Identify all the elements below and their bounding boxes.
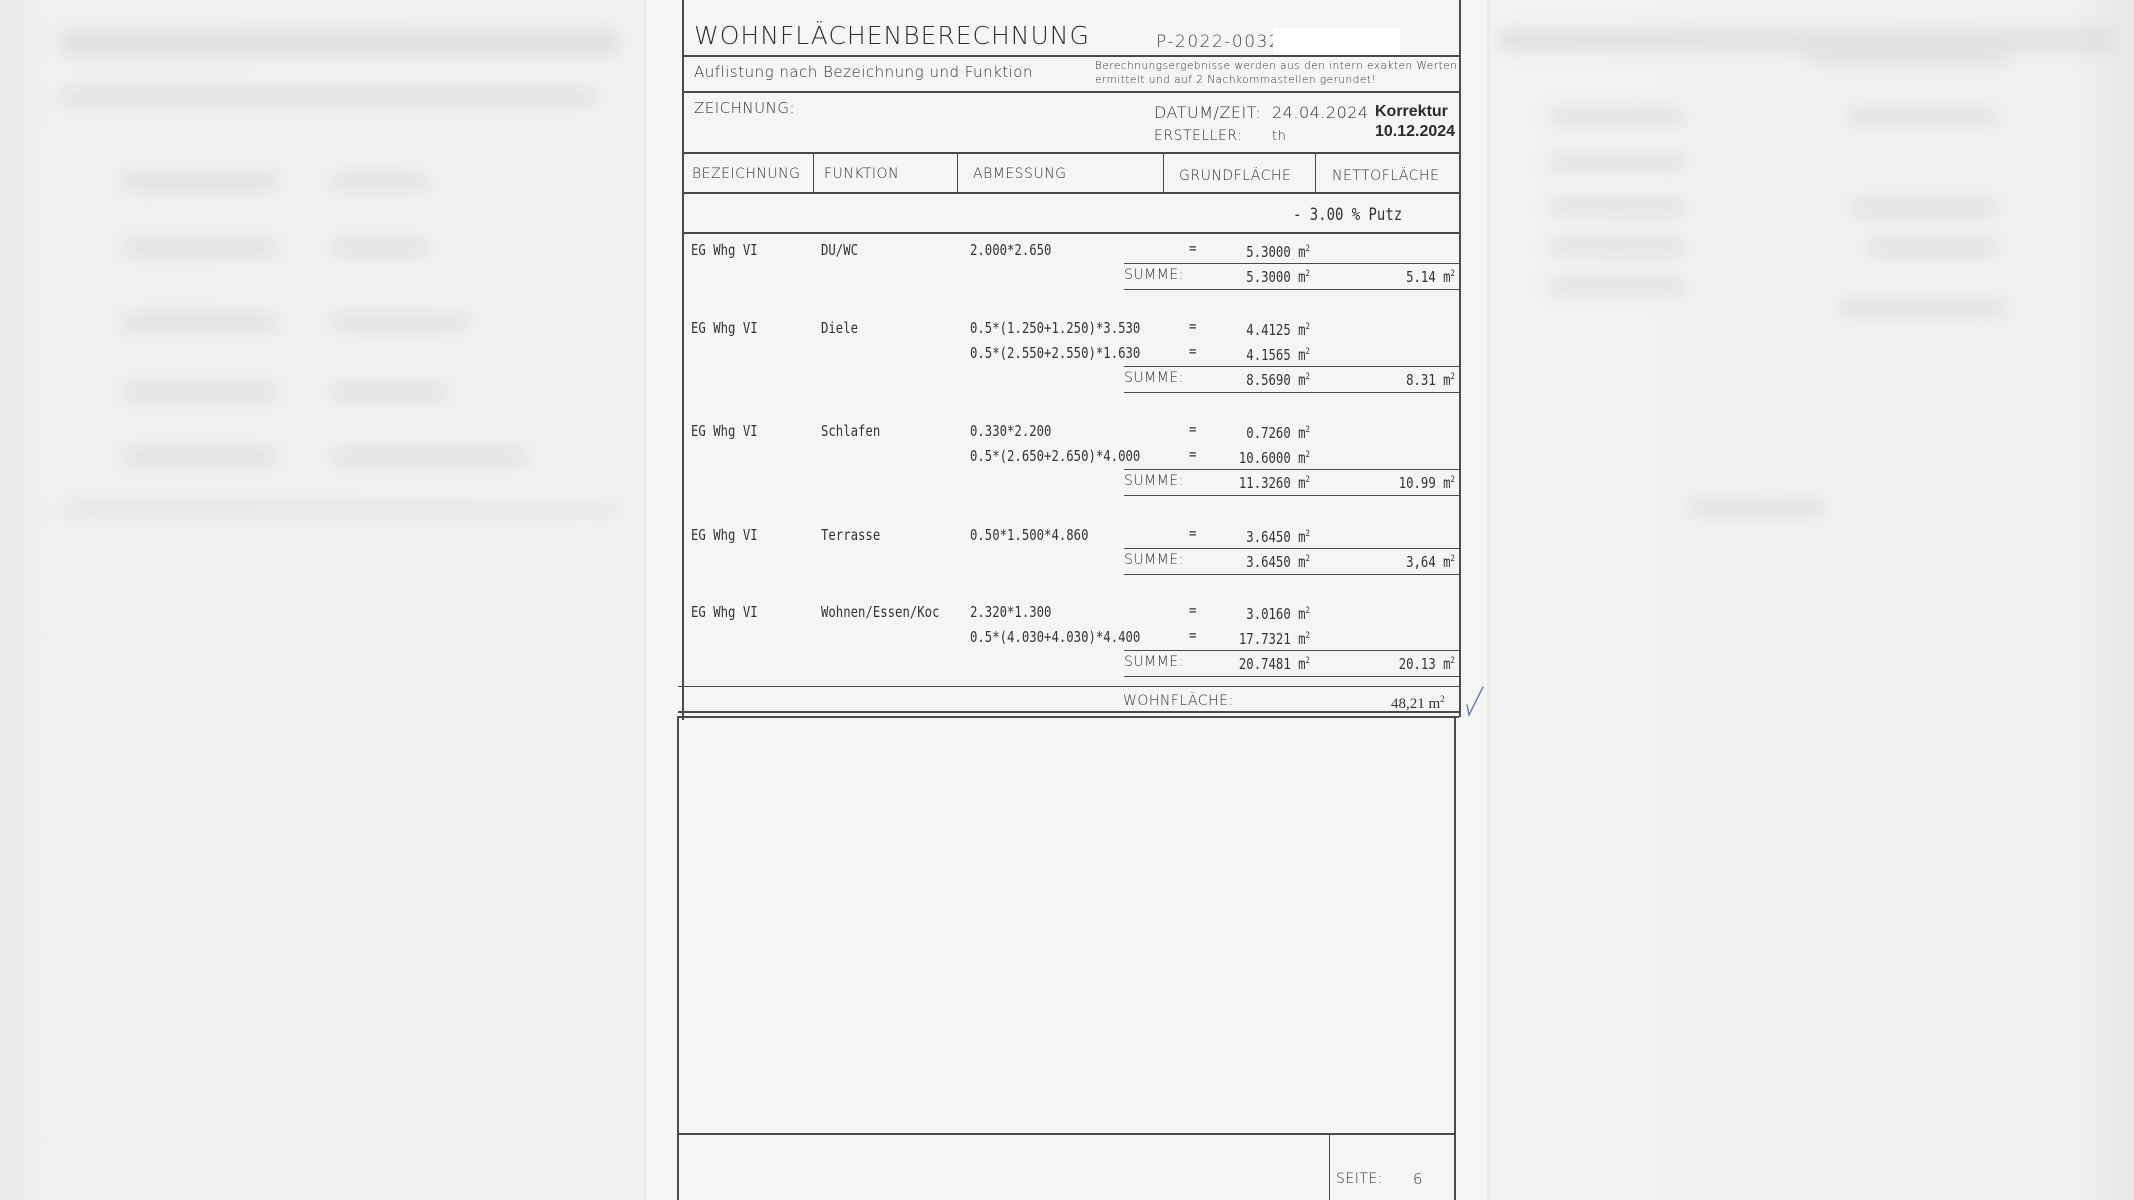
rule-total-top: [678, 686, 1459, 687]
row-summe: 8.5690 m2: [1220, 373, 1310, 388]
row-summe: 5.3000 m2: [1220, 270, 1310, 285]
row-funktion: DU/WC: [821, 243, 858, 258]
row-bezeichnung: EG Whg VI: [691, 321, 758, 336]
check-mark-icon: [1463, 685, 1485, 717]
summe-value: 11.3260: [1239, 474, 1291, 492]
col-divider-2: [957, 152, 958, 192]
row-grundflaeche-line: 3.6450 m2: [1220, 530, 1310, 545]
equals-sign: =: [1189, 344, 1196, 359]
summe-label: SUMME:: [1124, 553, 1184, 567]
equals-sign: =: [1189, 447, 1196, 462]
subtotal-rule-top: [1124, 548, 1460, 549]
rule-total-double-1: [678, 711, 1459, 713]
row-grundflaeche-line: 4.4125 m2: [1220, 323, 1310, 338]
netto-value: 5.14: [1406, 268, 1436, 286]
row-funktion: Diele: [821, 321, 858, 336]
row-netto: 20.13 m2: [1361, 657, 1455, 672]
row-abmessung: 0.5*(2.550+2.550)*1.630: [970, 346, 1140, 361]
row-grundflaeche-line: 3.0160 m2: [1220, 607, 1310, 622]
row-abmessung: 0.330*2.200: [970, 424, 1051, 439]
subtotal-rule-bottom: [1124, 676, 1460, 677]
flaeche-value: 3.6450: [1246, 528, 1290, 546]
rule-header: [682, 192, 1461, 194]
row-abmessung: 2.320*1.300: [970, 605, 1051, 620]
equals-sign: =: [1189, 241, 1196, 256]
row-abmessung: 2.000*2.650: [970, 243, 1051, 258]
total-label: WOHNFLÄCHE:: [1123, 694, 1234, 708]
border-left: [682, 0, 684, 720]
row-summe: 3.6450 m2: [1220, 555, 1310, 570]
summe-value: 8.5690: [1246, 371, 1290, 389]
header-abmessung: ABMESSUNG: [973, 167, 1067, 181]
page-label: SEITE:: [1336, 1172, 1383, 1186]
equals-sign: =: [1189, 603, 1196, 618]
subtotal-rule-bottom: [1124, 495, 1460, 496]
flaeche-value: 3.0160: [1246, 605, 1290, 623]
correction-label: Korrektur: [1375, 104, 1448, 120]
header-nettoflaeche: NETTOFLÄCHE: [1332, 169, 1439, 183]
total-number: 48,21: [1391, 696, 1425, 712]
subtotal-rule-top: [1124, 650, 1460, 651]
row-bezeichnung: EG Whg VI: [691, 528, 758, 543]
netto-value: 10.99: [1399, 474, 1436, 492]
rounding-note: Berechnungsergebnisse werden aus den int…: [1095, 59, 1465, 87]
background-blur-right: [1487, 0, 2134, 1200]
row-netto: 10.99 m2: [1361, 476, 1455, 491]
netto-value: 3,64: [1406, 553, 1436, 571]
footer-divider: [1329, 1134, 1330, 1200]
row-abmessung: 0.5*(1.250+1.250)*3.530: [970, 321, 1140, 336]
date-label: DATUM/ZEIT:: [1154, 105, 1261, 121]
equals-sign: =: [1189, 319, 1196, 334]
summe-label: SUMME:: [1124, 268, 1184, 282]
flaeche-value: 0.7260: [1246, 424, 1290, 442]
row-grundflaeche-line: 0.7260 m2: [1220, 426, 1310, 441]
header-grundflaeche: GRUNDFLÄCHE: [1179, 169, 1291, 183]
col-divider-4: [1315, 152, 1316, 192]
equals-sign: =: [1189, 422, 1196, 437]
border-left-lower: [677, 716, 679, 1200]
drawing-label: ZEICHNUNG:: [694, 101, 795, 116]
row-abmessung: 0.5*(2.650+2.650)*4.000: [970, 449, 1140, 464]
row-grundflaeche-line: 5.3000 m2: [1220, 245, 1310, 260]
row-netto: 5.14 m2: [1361, 270, 1455, 285]
row-abmessung: 0.50*1.500*4.860: [970, 528, 1088, 543]
subtotal-rule-top: [1124, 469, 1460, 470]
plaster-deduction: - 3.00 % Putz: [1293, 207, 1402, 224]
flaeche-value: 17.7321: [1239, 630, 1291, 648]
summe-value: 20.7481: [1239, 655, 1291, 673]
border-right: [1459, 0, 1461, 717]
subtotal-rule-bottom: [1124, 574, 1460, 575]
row-bezeichnung: EG Whg VI: [691, 243, 758, 258]
summe-value: 5.3000: [1246, 268, 1290, 286]
col-divider-1: [813, 152, 814, 192]
col-divider-3: [1163, 152, 1164, 192]
netto-value: 8.31: [1406, 371, 1436, 389]
row-funktion: Schlafen: [821, 424, 880, 439]
rule-total-double-2: [678, 716, 1459, 718]
row-funktion: Terrasse: [821, 528, 880, 543]
rule-putz: [682, 232, 1461, 234]
row-grundflaeche-line: 4.1565 m2: [1220, 348, 1310, 363]
subtotal-rule-bottom: [1124, 392, 1460, 393]
flaeche-value: 10.6000: [1239, 449, 1291, 467]
row-funktion: Wohnen/Essen/Koc: [821, 605, 939, 620]
page-number: 6: [1413, 1172, 1423, 1187]
document-title: WOHNFLÄCHENBERECHNUNG: [694, 23, 1090, 48]
row-grundflaeche-line: 17.7321 m2: [1220, 632, 1310, 647]
row-netto: 3,64 m2: [1361, 555, 1455, 570]
summe-label: SUMME:: [1124, 474, 1184, 488]
flaeche-value: 5.3000: [1246, 243, 1290, 261]
row-grundflaeche-line: 10.6000 m2: [1220, 451, 1310, 466]
subtotal-rule-bottom: [1124, 289, 1460, 290]
correction-date: 10.12.2024: [1375, 124, 1455, 140]
flaeche-value: 4.1565: [1246, 346, 1290, 364]
row-abmessung: 0.5*(4.030+4.030)*4.400: [970, 630, 1140, 645]
summe-label: SUMME:: [1124, 371, 1184, 385]
subtotal-rule-top: [1124, 366, 1460, 367]
rule-footer: [677, 1133, 1456, 1135]
background-blur-left: [0, 0, 646, 1200]
netto-value: 20.13: [1399, 655, 1436, 673]
row-bezeichnung: EG Whg VI: [691, 605, 758, 620]
summe-label: SUMME:: [1124, 655, 1184, 669]
subtotal-rule-top: [1124, 263, 1460, 264]
equals-sign: =: [1189, 526, 1196, 541]
summe-value: 3.6450: [1246, 553, 1290, 571]
author-label: ERSTELLER:: [1154, 129, 1242, 143]
row-netto: 8.31 m2: [1361, 373, 1455, 388]
row-bezeichnung: EG Whg VI: [691, 424, 758, 439]
border-right-lower: [1454, 717, 1456, 1200]
row-summe: 11.3260 m2: [1220, 476, 1310, 491]
rule-meta: [682, 152, 1461, 154]
header-funktion: FUNKTION: [824, 167, 899, 181]
row-summe: 20.7481 m2: [1220, 657, 1310, 672]
rule-title: [682, 55, 1461, 57]
author-value: th: [1272, 130, 1286, 143]
flaeche-value: 4.4125: [1246, 321, 1290, 339]
header-bezeichnung: BEZEICHNUNG: [692, 167, 800, 181]
total-value: 48,21 m2: [1391, 695, 1445, 712]
document-subtitle: Auflistung nach Bezeichnung und Funktion: [694, 65, 1033, 80]
equals-sign: =: [1189, 628, 1196, 643]
rule-subtitle: [682, 91, 1461, 93]
date-value: 24.04.2024: [1272, 105, 1369, 121]
project-code: P-2022-0032: [1156, 34, 1281, 51]
redacted-box: [1273, 28, 1400, 55]
